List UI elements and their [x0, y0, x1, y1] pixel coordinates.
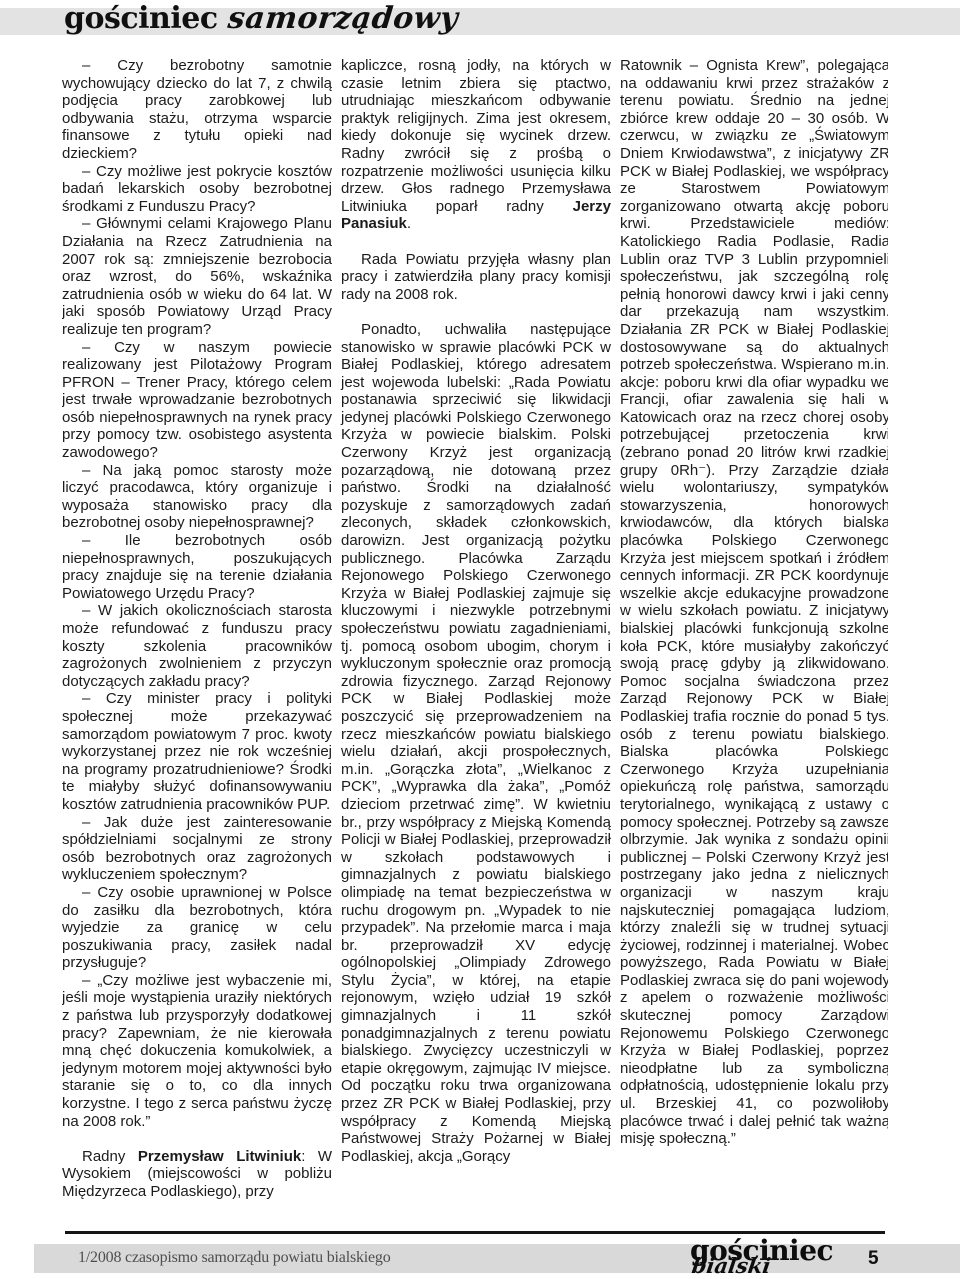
paragraph: Ponadto, uchwaliła następujące stanowisk… — [341, 321, 611, 1166]
paragraph: – Czy możliwe jest pokrycie kosztów bada… — [62, 163, 332, 216]
text-segment: – Czy minister pracy i polityki społeczn… — [62, 690, 332, 813]
text-segment: – Jak duże jest zainteresowanie spółdzie… — [62, 814, 332, 884]
text-segment: Radny — [82, 1148, 138, 1165]
paragraph: – Czy osobie uprawnionej w Polsce do zas… — [62, 884, 332, 972]
paragraph: Radny Przemysław Litwiniuk: W Wysokiem (… — [62, 1148, 332, 1201]
text-segment: kapliczce, rosną jodły, na których w cza… — [341, 57, 611, 215]
text-segment: – Ile bezrobotnych osób niepełnosprawnyc… — [62, 532, 332, 602]
footer-issue-line: 1/2008 czasopismo samorządu powiatu bial… — [78, 1249, 391, 1267]
footer-logo: gościniec bialski — [690, 1238, 860, 1278]
paragraph: – Czy w naszym powiecie realizowany jest… — [62, 339, 332, 462]
text-segment: – W jakich okolicznościach starosta może… — [62, 602, 332, 689]
person-name: Przemysław Litwiniuk — [138, 1148, 301, 1165]
paragraph: – Głównymi celami Krajowego Planu Działa… — [62, 215, 332, 338]
text-segment: – Czy osobie uprawnionej w Polsce do zas… — [62, 884, 332, 971]
paragraph: Ratownik – Ognista Krew”, polegająca na … — [620, 57, 888, 1148]
paragraph: – Na jaką pomoc starosty może liczyć pra… — [62, 462, 332, 532]
paragraph: – Ile bezrobotnych osób niepełnosprawnyc… — [62, 532, 332, 602]
text-segment: Ponadto, uchwaliła następujące stanowisk… — [341, 321, 611, 1165]
paragraph: – „Czy możliwe jest wybaczenie mi, jeśli… — [62, 972, 332, 1130]
paragraph: – Czy minister pracy i polityki społeczn… — [62, 690, 332, 813]
text-segment: – Czy w naszym powiecie realizowany jest… — [62, 339, 332, 462]
text-segment: – Czy możliwe jest pokrycie kosztów bada… — [62, 163, 332, 215]
article-column-1: – Czy bezrobotny samotnie wychowujący dz… — [62, 57, 332, 1229]
paragraph: kapliczce, rosną jodły, na których w cza… — [341, 57, 611, 233]
page-number: 5 — [868, 1248, 879, 1270]
paragraph: – Jak duże jest zainteresowanie spółdzie… — [62, 814, 332, 884]
footer-logo-script: bialski — [690, 1253, 772, 1278]
text-segment: – Głównymi celami Krajowego Planu Działa… — [62, 215, 332, 338]
article-column-2: kapliczce, rosną jodły, na których w cza… — [341, 57, 611, 1229]
page-title: gościniecsamorządowy — [64, 1, 458, 36]
page-title-main: gościniec — [64, 1, 218, 36]
paragraph: Rada Powiatu przyjęła własny plan pracy … — [341, 251, 611, 304]
text-segment: – Czy bezrobotny samotnie wychowujący dz… — [62, 57, 332, 162]
text-segment: – Na jaką pomoc starosty może liczyć pra… — [62, 462, 332, 532]
text-segment: Ratownik – Ognista Krew”, polegająca na … — [620, 57, 888, 1147]
article-column-3: Ratownik – Ognista Krew”, polegająca na … — [620, 57, 888, 1229]
text-segment: . — [407, 215, 411, 232]
article-columns: – Czy bezrobotny samotnie wychowujący dz… — [62, 57, 888, 1229]
page-title-script: samorządowy — [226, 1, 460, 36]
magazine-page: { "page": { "header": { "title_main": "g… — [0, 0, 960, 1279]
text-segment: – „Czy możliwe jest wybaczenie mi, jeśli… — [62, 972, 332, 1130]
paragraph: – W jakich okolicznościach starosta może… — [62, 602, 332, 690]
paragraph: – Czy bezrobotny samotnie wychowujący dz… — [62, 57, 332, 163]
text-segment: Rada Powiatu przyjęła własny plan pracy … — [341, 251, 611, 303]
